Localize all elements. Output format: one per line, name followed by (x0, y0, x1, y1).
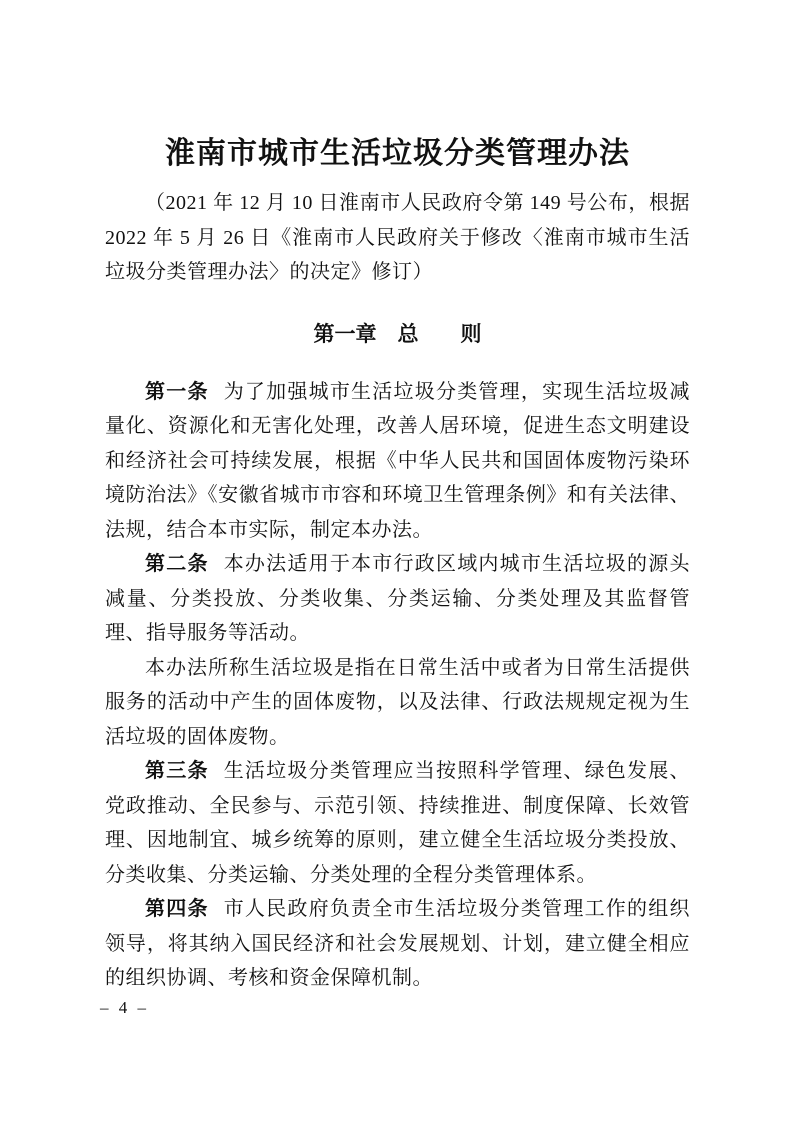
page-number: – 4 – (100, 998, 149, 1018)
article-2-paragraph: 第二条本办法适用于本市行政区域内城市生活垃圾的源头减量、分类投放、分类收集、分类… (105, 547, 690, 651)
article-3-number: 第三条 (145, 760, 209, 782)
article-2-number: 第二条 (145, 553, 209, 575)
article-4-paragraph: 第四条市人民政府负责全市生活垃圾分类管理工作的组织领导，将其纳入国民经济和社会发… (105, 892, 690, 996)
promulgation-note: （2021 年 12 月 10 日淮南市人民政府令第 149 号公布，根据 20… (105, 186, 690, 290)
article-3-paragraph: 第三条生活垃圾分类管理应当按照科学管理、绿色发展、党政推动、全民参与、示范引领、… (105, 754, 690, 892)
document-page: 淮南市城市生活垃圾分类管理办法 （2021 年 12 月 10 日淮南市人民政府… (0, 0, 793, 1122)
document-title: 淮南市城市生活垃圾分类管理办法 (105, 136, 690, 172)
chapter-heading: 第一章 总 则 (105, 320, 690, 349)
document-body: 第一条为了加强城市生活垃圾分类管理，实现生活垃圾减量化、资源化和无害化处理，改善… (105, 375, 690, 996)
article-2-continuation-paragraph: 本办法所称生活垃圾是指在日常生活中或者为日常生活提供服务的活动中产生的固体废物，… (105, 651, 690, 755)
article-2-continuation-text: 本办法所称生活垃圾是指在日常生活中或者为日常生活提供服务的活动中产生的固体废物，… (105, 657, 690, 748)
article-1-number: 第一条 (145, 381, 209, 403)
article-1-paragraph: 第一条为了加强城市生活垃圾分类管理，实现生活垃圾减量化、资源化和无害化处理，改善… (105, 375, 690, 548)
article-4-number: 第四条 (145, 898, 209, 920)
article-1-text: 为了加强城市生活垃圾分类管理，实现生活垃圾减量化、资源化和无害化处理，改善人居环… (105, 381, 690, 541)
